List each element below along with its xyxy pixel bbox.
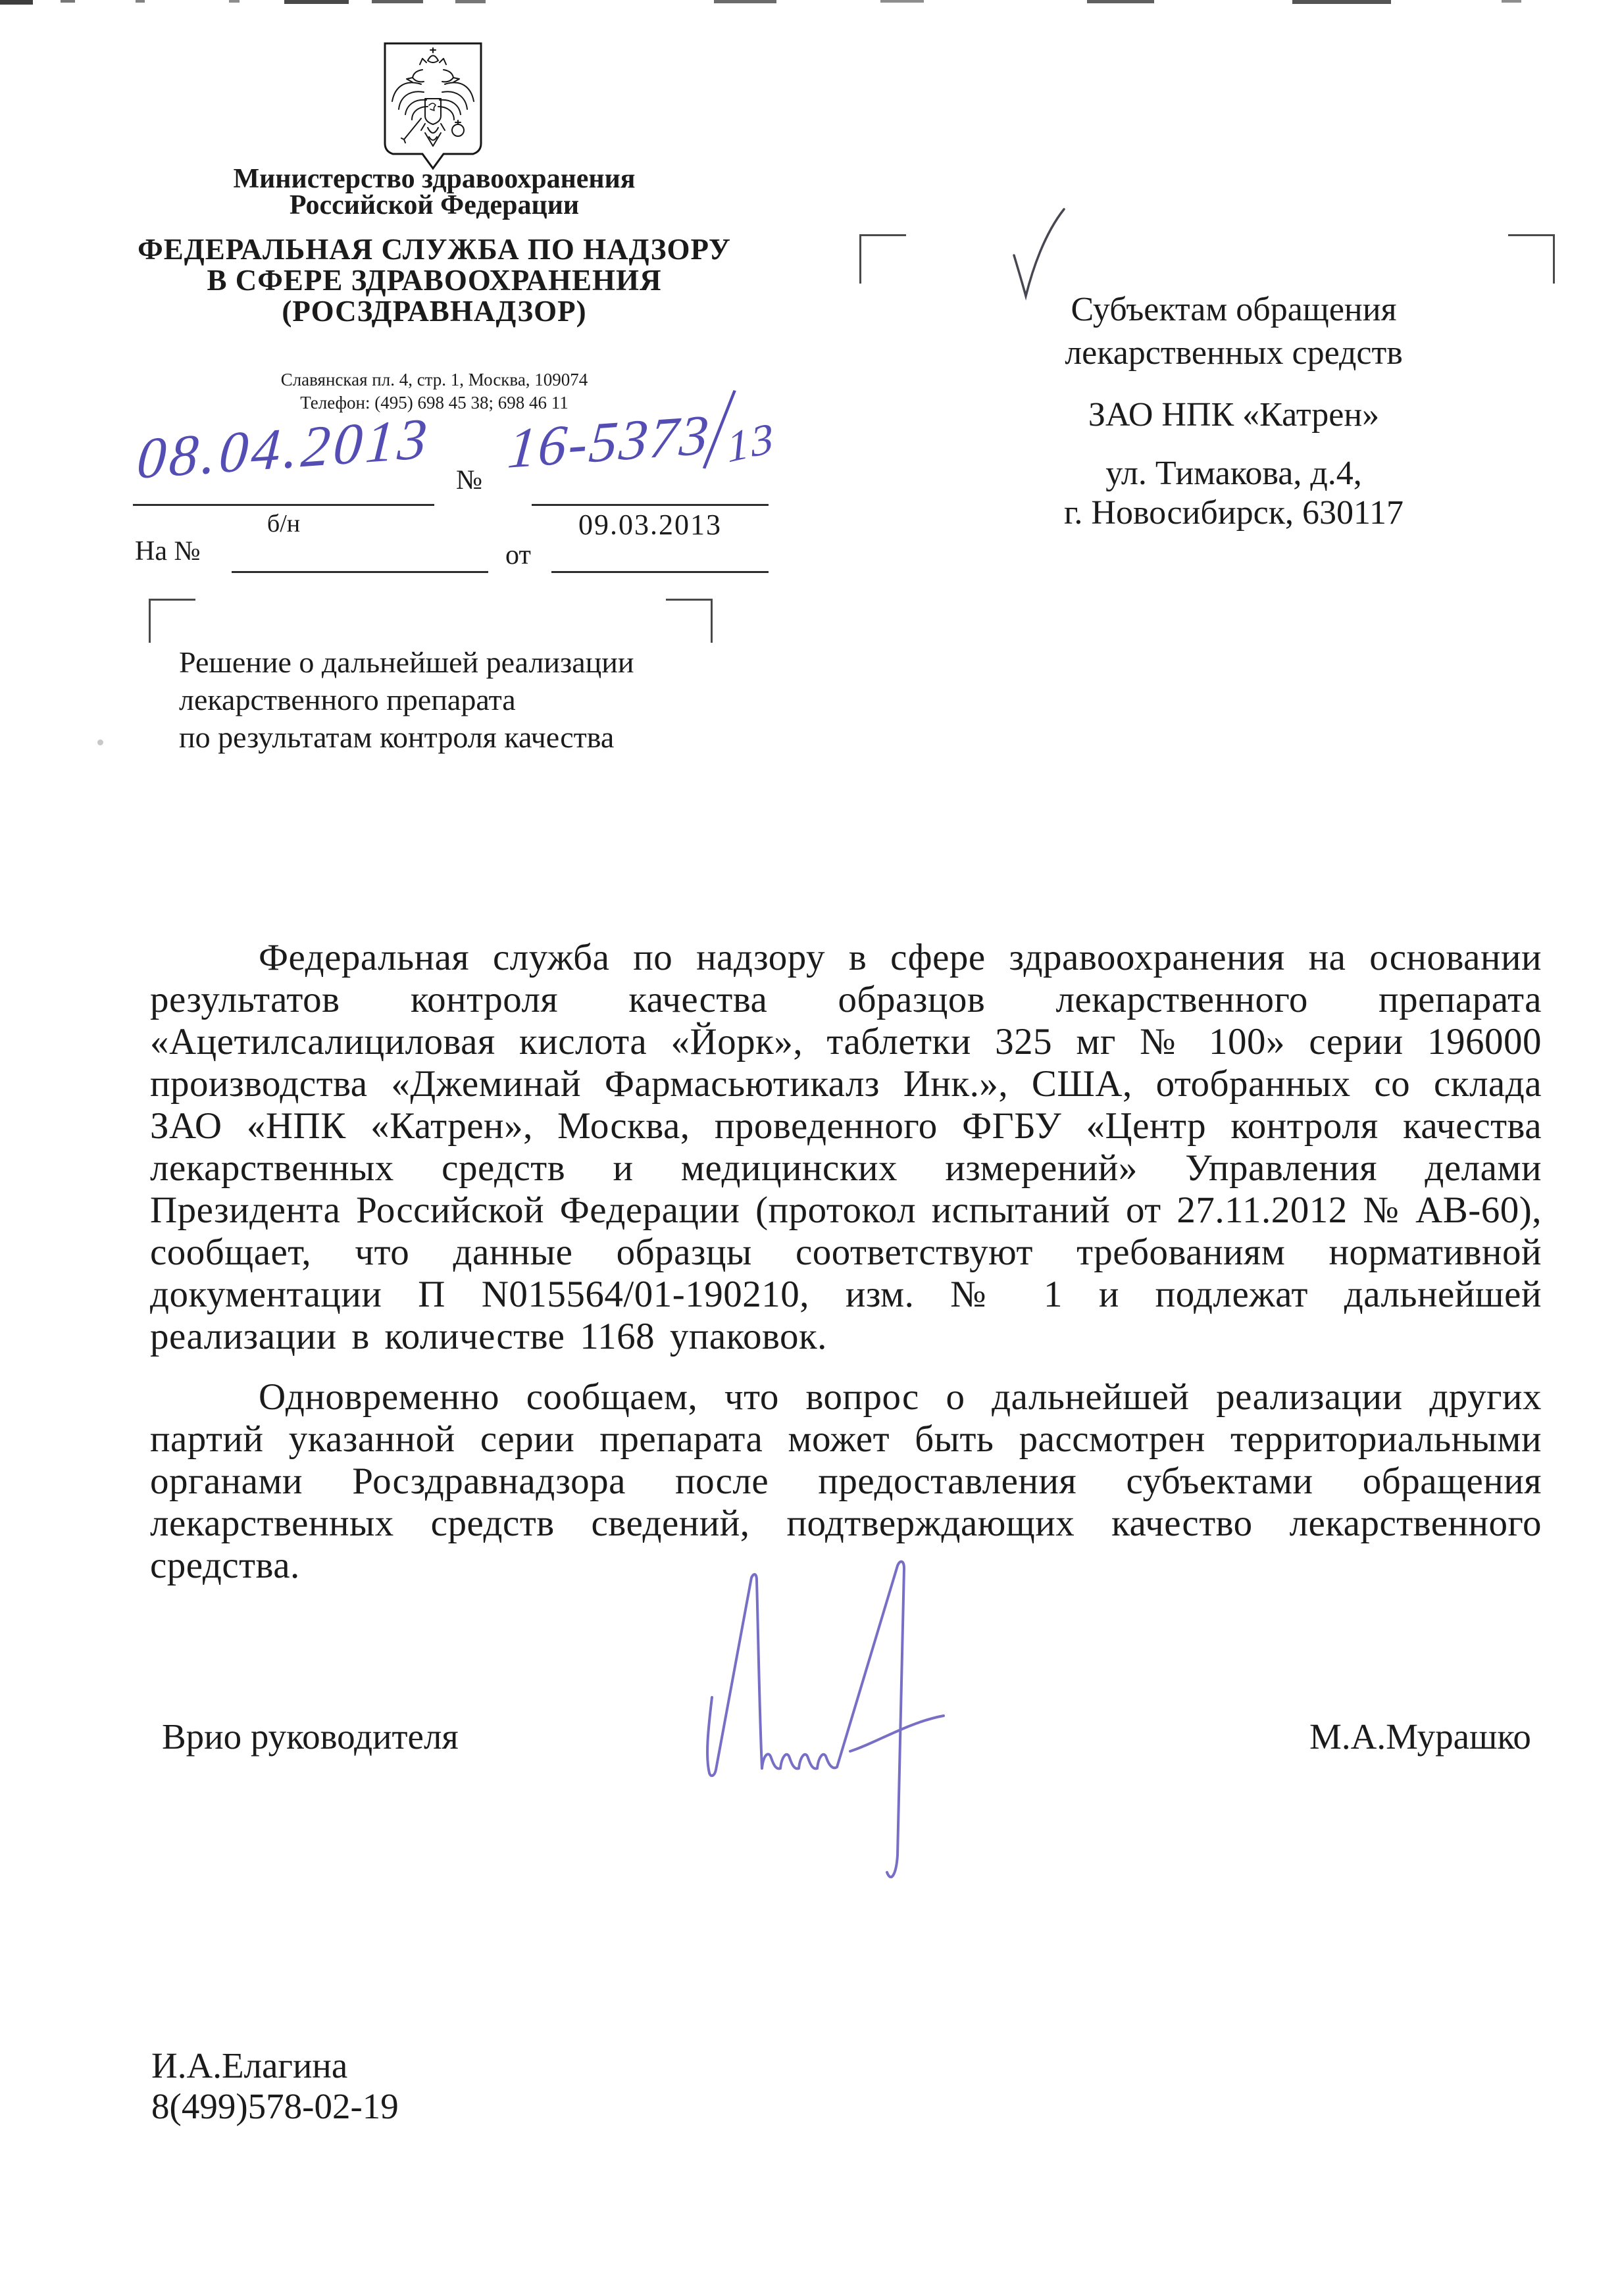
recipient-category: Субъектам обращения лекарственных средст… (934, 288, 1533, 375)
scan-artifact (1502, 0, 1521, 3)
bn-label: б/н (133, 509, 434, 538)
signer-name: М.А.Мурашко (1309, 1716, 1531, 1757)
number-sign-label: № (456, 464, 482, 496)
scan-artifact (455, 0, 486, 3)
recipient-company: ЗАО НПК «Катрен» (934, 393, 1533, 437)
ministry-header: Министерство здравоохранения Российской … (99, 166, 770, 218)
recipient-corner-mark-right (1508, 234, 1555, 284)
subject-corner-mark-right (666, 599, 713, 643)
number-underline (532, 504, 769, 506)
scanned-letter-page: Министерство здравоохранения Российской … (0, 0, 1620, 2296)
service-line2: В СФЕРЕ ЗДРАВООХРАНЕНИЯ (86, 265, 783, 296)
subject-line2: лекарственного препарата (179, 681, 705, 718)
service-line1: ФЕДЕРАЛЬНАЯ СЛУЖБА ПО НАДЗОРУ (86, 234, 783, 265)
date-underline (133, 504, 434, 506)
scan-artifact (229, 0, 240, 3)
coat-of-arms-russia (382, 41, 484, 176)
handwritten-signature (671, 1546, 974, 1931)
subject-line1: Решение о дальнейшей реализации (179, 643, 705, 681)
na-no-underline (232, 571, 488, 573)
ot-underline (551, 571, 769, 573)
executor-phone: 8(499)578-02-19 (151, 2085, 399, 2127)
scan-artifact (714, 0, 776, 3)
service-line3: (РОСЗДРАВНАДЗОР) (86, 296, 783, 327)
recipient-address: ул. Тимакова, д.4, г. Новосибирск, 63011… (934, 454, 1533, 533)
scan-artifact (880, 0, 924, 3)
recipient-line1: Субъектам обращения (934, 288, 1533, 332)
scan-artifact (1087, 0, 1154, 3)
scan-artifact (284, 0, 349, 4)
sender-address: Славянская пл. 4, стр. 1, Москва, 109074 (99, 368, 770, 391)
double-eagle-emblem-icon (382, 41, 484, 172)
scan-artifact (136, 0, 145, 3)
scan-artifact (97, 739, 103, 745)
typed-incoming-date: 09.03.2013 (532, 508, 769, 541)
recipient-address-line2: г. Новосибирск, 630117 (934, 493, 1533, 533)
body-paragraph-1: Федеральная служба по надзору в сфере зд… (150, 937, 1542, 1358)
letter-body: Федеральная служба по надзору в сфере зд… (150, 937, 1542, 1587)
executor-name: И.А.Елагина (151, 2045, 347, 2086)
scan-artifact (61, 0, 75, 3)
ot-label: от (505, 539, 531, 571)
scan-artifact (372, 0, 423, 3)
subject-block: Решение о дальнейшей реализации лекарств… (179, 643, 705, 756)
subject-line3: по результатам контроля качества (179, 718, 705, 756)
recipient-corner-mark-left (859, 234, 906, 284)
subject-corner-mark-left (149, 599, 195, 643)
scan-artifact (1292, 0, 1391, 4)
signer-position-title: Врио руководителя (162, 1716, 459, 1757)
ministry-line2: Российской Федерации (99, 192, 770, 218)
service-header: ФЕДЕРАЛЬНАЯ СЛУЖБА ПО НАДЗОРУ В СФЕРЕ ЗД… (86, 234, 783, 327)
handwritten-outgoing-date: 08.04.2013 (135, 405, 432, 493)
outgoing-number-left: 16-5373 (505, 403, 713, 480)
scan-artifact (0, 0, 33, 5)
recipient-line2: лекарственных средств (934, 332, 1533, 375)
ministry-line1: Министерство здравоохранения (99, 166, 770, 192)
outgoing-number-right: 13 (725, 412, 776, 473)
na-no-label: На № (135, 536, 201, 567)
recipient-address-line1: ул. Тимакова, д.4, (934, 454, 1533, 493)
